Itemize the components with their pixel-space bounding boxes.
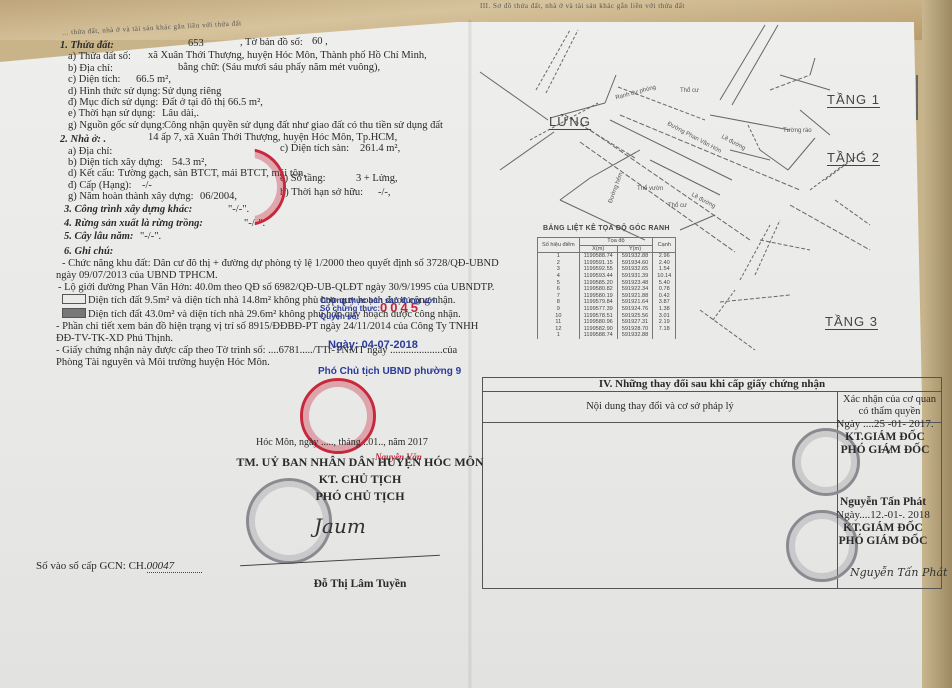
completed: 06/2004, — [200, 191, 237, 202]
term: Lâu dài,. — [162, 108, 199, 119]
map-sheet-no: 60 , — [312, 36, 328, 47]
edge-length — [653, 332, 676, 339]
edge-length: 2.19 — [653, 319, 676, 326]
coords-row: 121199582.90591928.707.18 — [538, 326, 676, 333]
land-area: 66.5 m², — [136, 74, 171, 85]
confirmation-date: Ngày....12.-01-. 2018 — [818, 509, 948, 522]
changes-col-confirm: Xác nhận của cơ quan có thẩm quyền — [838, 394, 941, 418]
changes-title: IV. Những thay đổi sau khi cấp giấy chứn… — [483, 378, 941, 392]
point-no: 7 — [538, 293, 580, 300]
coords-row: 21199591.15591934.602.40 — [538, 260, 676, 267]
y-coord: 591928.70 — [617, 326, 652, 333]
edge-length: 5.40 — [653, 280, 676, 287]
note-line: - Chức năng khu đất: Dân cư đô thị + đườ… — [62, 258, 470, 270]
point-no: 2 — [538, 260, 580, 267]
area-label: Thổ cư — [680, 88, 699, 94]
point-no: 11 — [538, 319, 580, 326]
forest-heading: 4. Rừng sản xuất là rừng trồng: — [64, 218, 203, 229]
coords-row: 71199580.19591921.880.42 — [538, 293, 676, 300]
col-y: Y(m) — [617, 245, 652, 253]
point-no: 10 — [538, 313, 580, 320]
coords-row: 11199588.74591932.88 — [538, 332, 676, 339]
perennial-value: "-/-". — [140, 231, 161, 242]
x-coord: 1199591.15 — [579, 260, 617, 267]
changes-section: IV. Những thay đổi sau khi cấp giấy chứn… — [482, 377, 942, 589]
land-address: xã Xuân Thới Thượng, huyện Hóc Môn, Thàn… — [148, 50, 427, 61]
coords-table: Số hiệu điểm Tọa độ Cạnh X(m) Y(m) 11199… — [537, 237, 676, 339]
confirmation-title: PHÓ GIÁM ĐỐC — [818, 535, 948, 548]
area-label: Thổ vườn — [637, 186, 663, 192]
x-coord: 1199580.96 — [579, 319, 617, 326]
label-tang-3: TẦNG 3 — [825, 314, 878, 330]
confirmation-date: Ngày ....25 -01- 2017. — [820, 418, 950, 431]
floors: 3 + Lửng, — [356, 173, 398, 184]
certification-number: 0045 — [380, 300, 421, 315]
y-coord: 591921.64 — [617, 299, 652, 306]
changes-col-content: Nội dung thay đổi và cơ sở pháp lý — [483, 392, 838, 422]
usage-form: Sử dụng riêng — [162, 86, 221, 97]
origin-label: g) Nguồn gốc sử dụng: — [68, 120, 165, 131]
floors-label: e) Số tầng: — [280, 173, 326, 184]
legend-box-filled — [62, 308, 86, 318]
land-heading: 1. Thửa đất: — [60, 40, 114, 51]
y-coord: 591932.88 — [617, 332, 652, 339]
coords-row: 91199577.39591924.761.38 — [538, 306, 676, 313]
point-no: 6 — [538, 286, 580, 293]
coords-row: 51199585.20591923.485.40 — [538, 280, 676, 287]
ward-official: Phó Chủ tịch UBND phường 9 — [318, 366, 461, 377]
edge-length: 10.14 — [653, 273, 676, 280]
ownership-term: -/-, — [378, 187, 391, 198]
confirm-header-line: Xác nhận của cơ quan — [838, 394, 941, 406]
usage-form-label: d) Hình thức sử dụng: — [68, 86, 160, 97]
point-no: 1 — [538, 332, 580, 339]
parcel-no: 653 — [188, 38, 204, 49]
kt-title: KT. CHỦ TỊCH — [220, 471, 500, 488]
edge-length: 2.40 — [653, 260, 676, 267]
y-coord: 591927.31 — [617, 319, 652, 326]
confirmation-name: Nguyễn Tấn Phát — [818, 496, 948, 509]
x-coord: 1199577.39 — [579, 306, 617, 313]
area-label: Tường rào — [783, 128, 812, 134]
gcn-entry: Số vào sổ cấp GCN: CH.00047 — [36, 560, 202, 572]
map-sheet-label: , Tờ bản đồ số: — [240, 37, 303, 48]
point-no: 12 — [538, 326, 580, 333]
x-coord: 1199588.74 — [579, 253, 617, 260]
col-edge: Cạnh — [653, 238, 676, 253]
y-coord: 591932.65 — [617, 266, 652, 273]
handwritten-signature: ~/ — [880, 445, 892, 456]
x-coord: 1199585.20 — [579, 280, 617, 287]
confirmation-kt: KT.GIÁM ĐỐC — [820, 431, 950, 444]
x-coord: 1199592.55 — [579, 266, 617, 273]
col-x: X(m) — [579, 245, 617, 253]
label-tang-1: TẦNG 1 — [827, 92, 880, 108]
perennial-heading: 5. Cây lâu năm: — [64, 231, 133, 242]
gcn-label: Số vào sổ cấp GCN: CH. — [36, 560, 147, 572]
x-coord: 1199593.44 — [579, 273, 617, 280]
y-coord: 591923.48 — [617, 280, 652, 287]
edge-length: 0.42 — [653, 293, 676, 300]
edge-length: 3.87 — [653, 299, 676, 306]
col-coords: Tọa độ — [579, 238, 653, 246]
purpose-label: đ) Mục đích sử dụng: — [68, 97, 158, 108]
coords-row: 41199593.44591931.3910.14 — [538, 273, 676, 280]
x-coord: 1199588.74 — [579, 332, 617, 339]
label-lung: LỬNG — [549, 114, 591, 130]
area-label: Thổ cư — [668, 203, 687, 209]
edge-length: 7.18 — [653, 326, 676, 333]
point-no: 1 — [538, 253, 580, 260]
other-construction-value: "-/-". — [228, 204, 249, 215]
x-coord: 1199578.51 — [579, 313, 617, 320]
other-construction-heading: 3. Công trình xây dựng khác: — [64, 204, 192, 215]
coords-row: 61199580.82591922.340.78 — [538, 286, 676, 293]
place-date: Hóc Môn, ngày ....., tháng ..01.., năm 2… — [256, 437, 428, 448]
grade-label: đ) Cấp (Hạng): — [68, 180, 132, 191]
term-label: e) Thời hạn sử dụng: — [68, 108, 155, 119]
completed-label: g) Năm hoàn thành xây dựng: — [68, 191, 194, 202]
house-heading: 2. Nhà ở: . — [60, 134, 106, 145]
confirmation-kt: KT.GIÁM ĐỐC — [818, 522, 948, 535]
point-no: 3 — [538, 266, 580, 273]
edge-length: 2.96 — [653, 253, 676, 260]
label-tang-2: TẦNG 2 — [827, 150, 880, 166]
col-point: Số hiệu điểm — [538, 238, 580, 253]
handwritten-signature: Jaum — [314, 514, 366, 538]
y-coord: 591921.88 — [617, 293, 652, 300]
x-coord: 1199579.84 — [579, 299, 617, 306]
coords-row: 101199578.51591925.563.01 — [538, 313, 676, 320]
note-line: ngày 09/07/2013 của UBND TPHCM. — [56, 270, 470, 282]
grade: -/- — [142, 180, 152, 191]
x-coord: 1199580.82 — [579, 286, 617, 293]
signer-name: Đỗ Thị Lâm Tuyền — [290, 576, 430, 593]
legend-box-empty — [62, 294, 86, 304]
point-no: 8 — [538, 299, 580, 306]
area-label: c) Diện tích: — [68, 74, 120, 85]
structure-label: d) Kết cấu: — [68, 168, 115, 179]
y-coord: 591932.88 — [617, 253, 652, 260]
note-line: - Lộ giới đường Phan Văn Hớn: 40.0m theo… — [58, 282, 470, 294]
y-coord: 591922.34 — [617, 286, 652, 293]
edge-length: 3.01 — [653, 313, 676, 320]
y-coord: 591934.60 — [617, 260, 652, 267]
x-coord: 1199580.19 — [579, 293, 617, 300]
x-coord: 1199582.90 — [579, 326, 617, 333]
address-label: b) Địa chỉ: — [68, 63, 113, 74]
edge-length: 1.38 — [653, 306, 676, 313]
y-coord: 591925.56 — [617, 313, 652, 320]
signature-block: TM. UỶ BAN NHÂN DÂN HUYỆN HÓC MÔN KT. CH… — [220, 454, 500, 505]
purpose: Đất ở tại đô thị 66.5 m², — [162, 97, 263, 108]
gcn-value: 00047 — [147, 560, 203, 573]
coords-row: 81199579.84591921.643.87 — [538, 299, 676, 306]
top-strip-right: III. Sơ đồ thửa đất, nhà ở và tài sản kh… — [480, 2, 685, 10]
coords-row: 111199580.96591927.312.19 — [538, 319, 676, 326]
ownership-term-label: h) Thời hạn sở hữu: — [280, 187, 363, 198]
parcel-label: a) Thửa đất số: — [68, 51, 131, 62]
confirm-header-line: có thẩm quyền — [838, 406, 941, 418]
point-no: 9 — [538, 306, 580, 313]
coords-row: 31199592.55591932.651.54 — [538, 266, 676, 273]
area-words: bằng chữ: (Sáu mươi sáu phẩy năm mét vuô… — [178, 62, 380, 73]
y-coord: 591924.76 — [617, 306, 652, 313]
signer-title: PHÓ CHỦ TỊCH — [220, 488, 500, 505]
built-area-label: b) Diện tích xây dựng: — [68, 157, 163, 168]
signed-name: Nguyễn Tấn Phát — [850, 566, 947, 579]
coords-table-title: BẢNG LIỆT KÊ TỌA ĐỘ GÓC RANH — [543, 225, 670, 232]
notes-heading: 6. Ghi chú: — [64, 246, 470, 258]
edge-length: 1.54 — [653, 266, 676, 273]
y-coord: 591931.39 — [617, 273, 652, 280]
note-line: - Phần chi tiết xem bản đồ hiện trạng vị… — [56, 321, 470, 333]
floor-area-label: c) Diện tích sàn: — [280, 143, 349, 154]
origin: Công nhận quyền sử dụng đất như giao đất… — [164, 120, 443, 131]
house-address-label: a) Địa chỉ: — [68, 146, 112, 157]
point-no: 4 — [538, 273, 580, 280]
point-no: 5 — [538, 280, 580, 287]
org-name: TM. UỶ BAN NHÂN DÂN HUYỆN HÓC MÔN — [220, 454, 500, 471]
certification-date: Ngày: 04-07-2018 — [328, 339, 418, 351]
coords-row: 11199588.74591932.882.96 — [538, 253, 676, 260]
edge-length: 0.78 — [653, 286, 676, 293]
floor-area: 261.4 m², — [360, 143, 400, 154]
confirmation-2: Nguyễn Tấn Phát Ngày....12.-01-. 2018 KT… — [818, 496, 948, 548]
built-area: 54.3 m², — [172, 157, 207, 168]
